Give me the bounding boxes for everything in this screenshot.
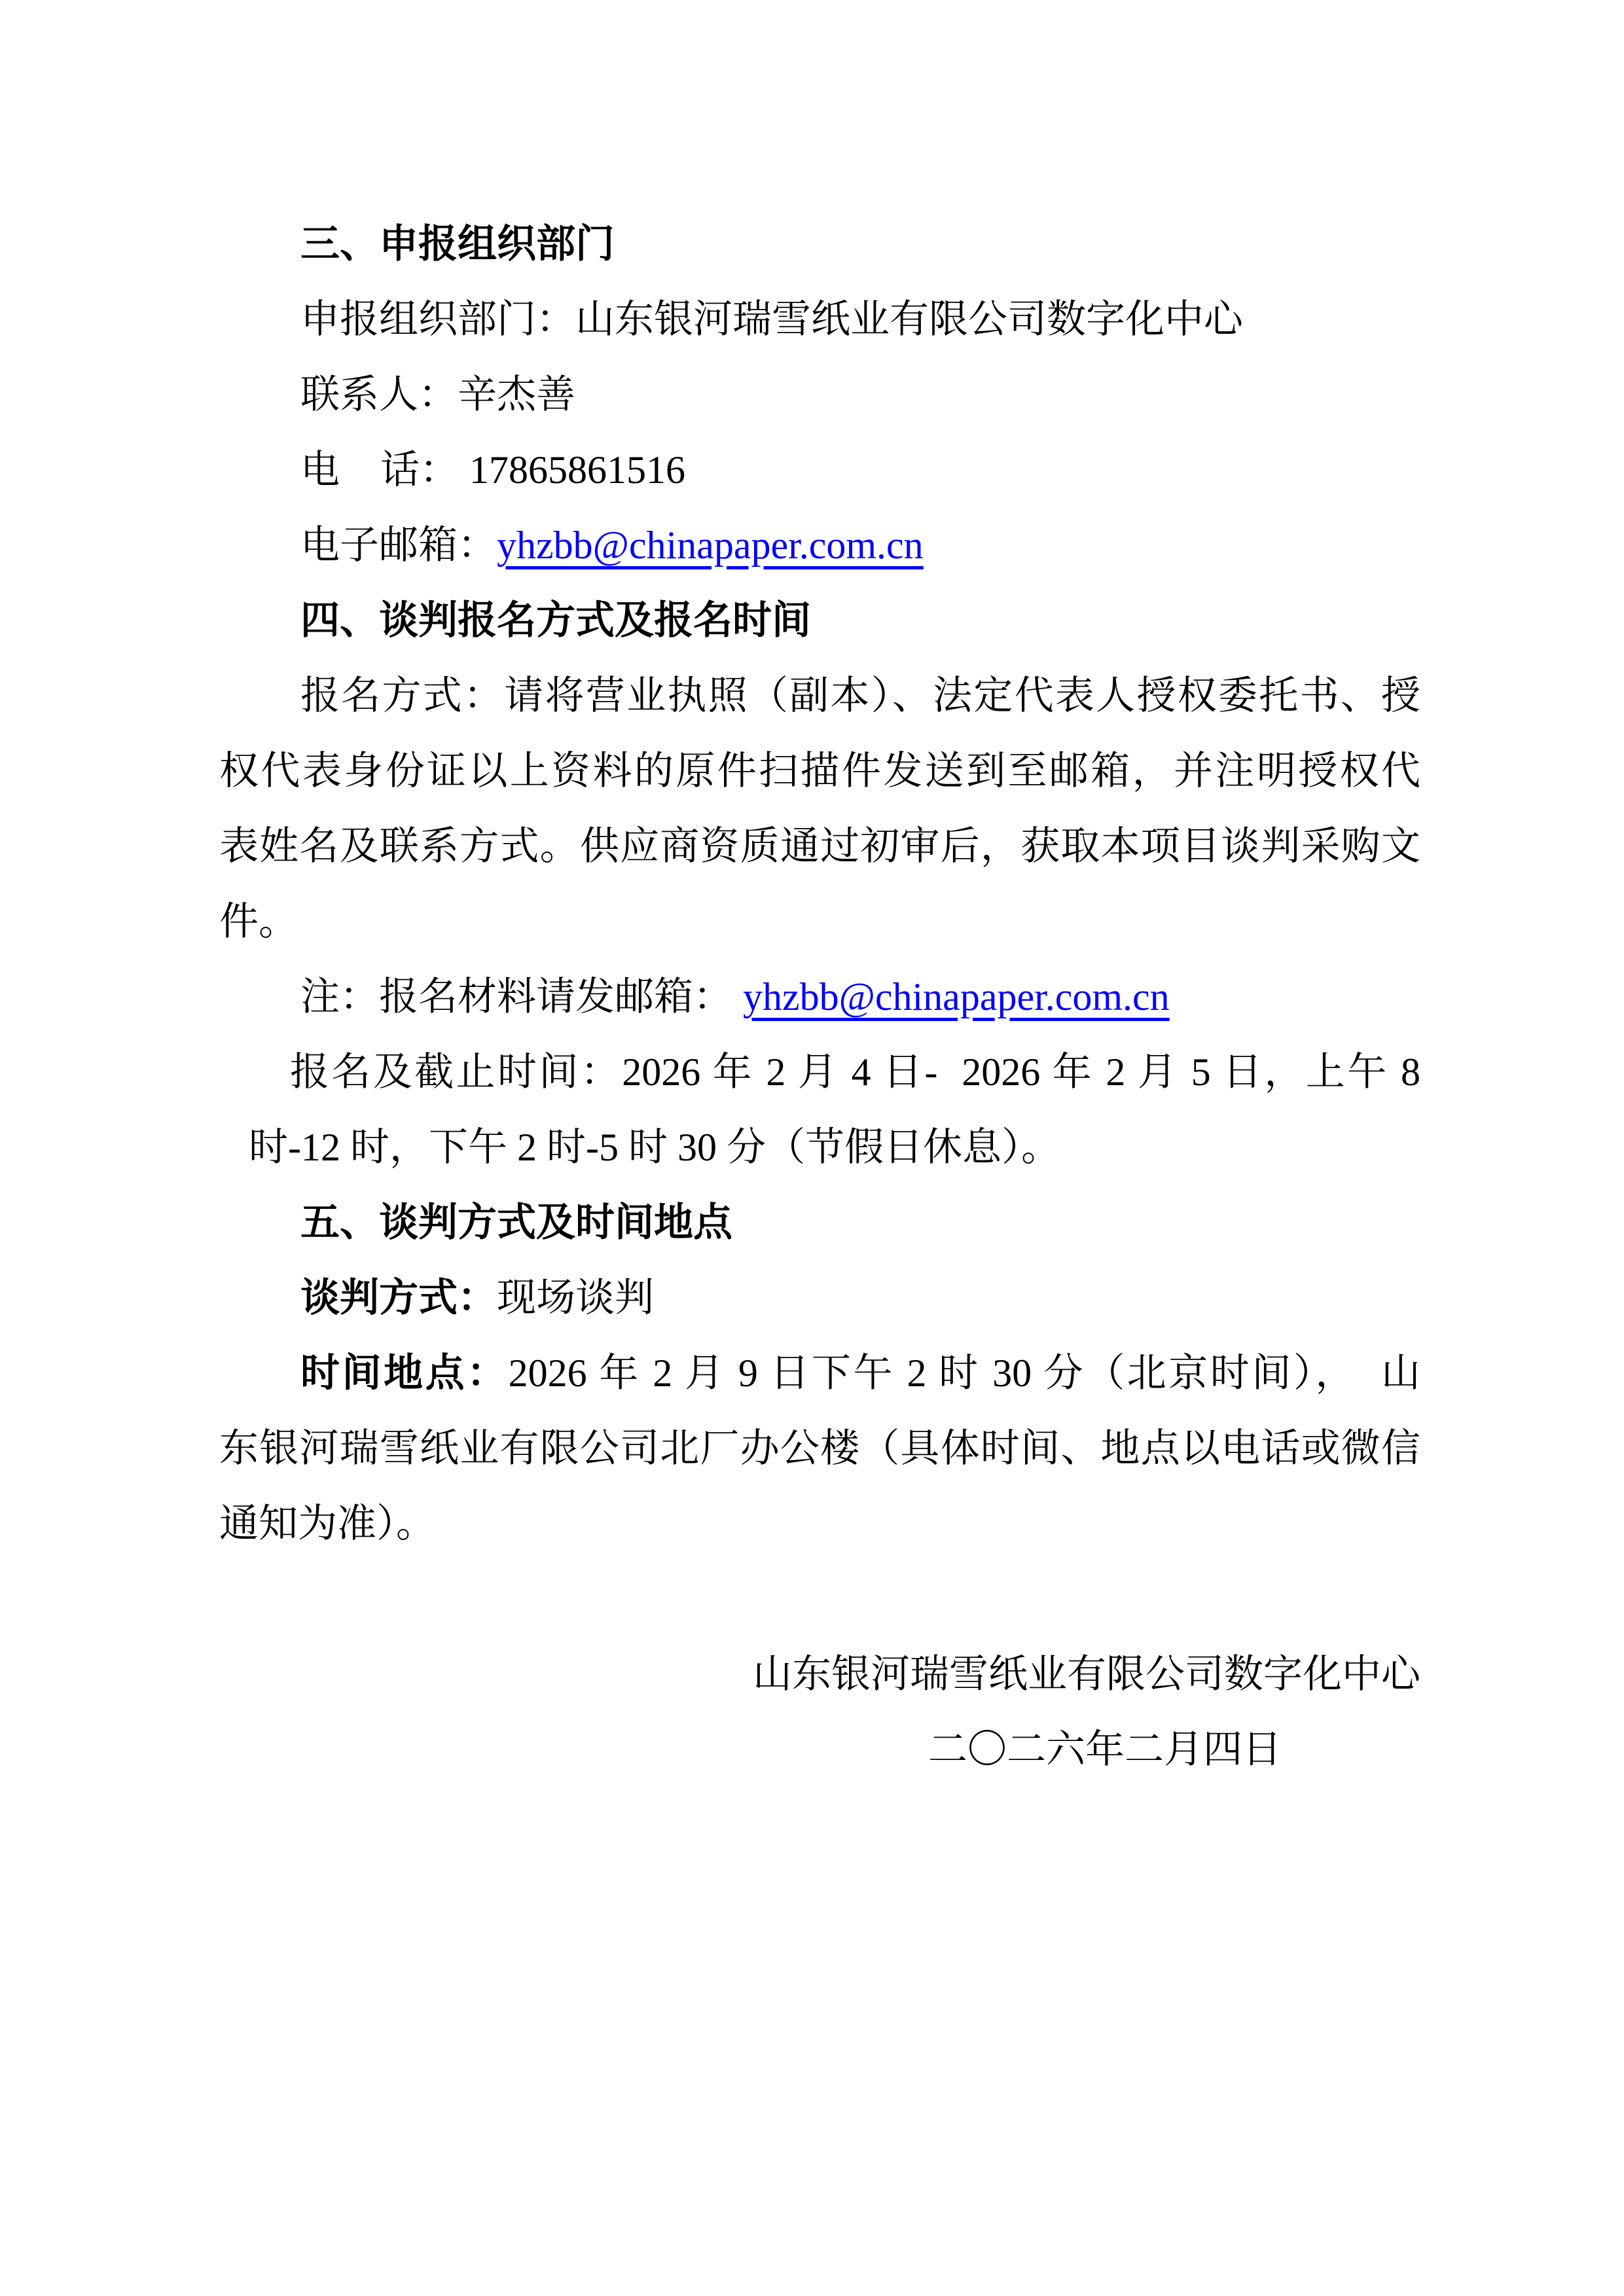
signature-date: 二〇二六年二月四日 [219,1712,1420,1787]
phone-label-left: 电 [300,448,340,492]
negotiation-mode-line: 谈判方式：现场谈判 [219,1261,1420,1336]
email-link[interactable]: yhzbb@chinapaper.com.cn [497,524,924,567]
venue-line-1: 时间地点：2026 年 2 月 9 日下午 2 时 30 分（北京时间）， 山 [219,1336,1420,1411]
mode-label: 谈判方式： [300,1276,497,1319]
method-line-4: 件。 [219,884,1420,960]
method-line-1: 报名方式：请将营业执照（副本）、法定代表人授权委托书、授 [219,658,1420,734]
section4-heading: 四、谈判报名方式及报名时间 [219,583,1420,658]
venue-line-3: 通知为准）。 [219,1486,1420,1562]
document-content: 三、申报组织部门 申报组织部门：山东银河瑞雪纸业有限公司数字化中心 联系人：辛杰… [219,207,1420,1787]
org-department-line: 申报组织部门：山东银河瑞雪纸业有限公司数字化中心 [219,282,1420,357]
email-label: 电子邮箱： [300,524,497,567]
section5-heading: 五、谈判方式及时间地点 [219,1185,1420,1261]
note-email-link[interactable]: yhzbb@chinapaper.com.cn [743,975,1170,1018]
mode-value: 现场谈判 [497,1276,654,1319]
signature-company: 山东银河瑞雪纸业有限公司数字化中心 [219,1637,1420,1712]
note-label: 注：报名材料请发邮箱： [300,975,732,1018]
phone-number: 17865861516 [469,448,685,492]
venue-line-2: 东银河瑞雪纸业有限公司北厂办公楼（具体时间、地点以电话或微信 [219,1411,1420,1486]
deadline-line-2: 时-12 时，下午 2 时-5 时 30 分（节假日休息）。 [219,1110,1420,1185]
venue-label: 时间地点： [300,1352,509,1395]
phone-line: 电话：17865861516 [219,433,1420,508]
contact-person-line: 联系人：辛杰善 [219,357,1420,433]
email-line: 电子邮箱：yhzbb@chinapaper.com.cn [219,508,1420,583]
note-line: 注：报名材料请发邮箱：yhzbb@chinapaper.com.cn [219,960,1420,1035]
method-line-3: 表姓名及联系方式。供应商资质通过初审后，获取本项目谈判采购文 [219,809,1420,884]
phone-label-right: 话： [380,448,459,492]
section3-heading: 三、申报组织部门 [219,207,1420,282]
venue-text: 2026 年 2 月 9 日下午 2 时 30 分（北京时间）， 山 [509,1352,1420,1395]
method-line-2: 权代表身份证以上资料的原件扫描件发送到至邮箱，并注明授权代 [219,734,1420,809]
deadline-line-1: 报名及截止时间：2026 年 2 月 4 日- 2026 年 2 月 5 日，上… [219,1035,1420,1110]
blank-line [219,1562,1420,1637]
document-page: 三、申报组织部门 申报组织部门：山东银河瑞雪纸业有限公司数字化中心 联系人：辛杰… [0,0,1624,2296]
